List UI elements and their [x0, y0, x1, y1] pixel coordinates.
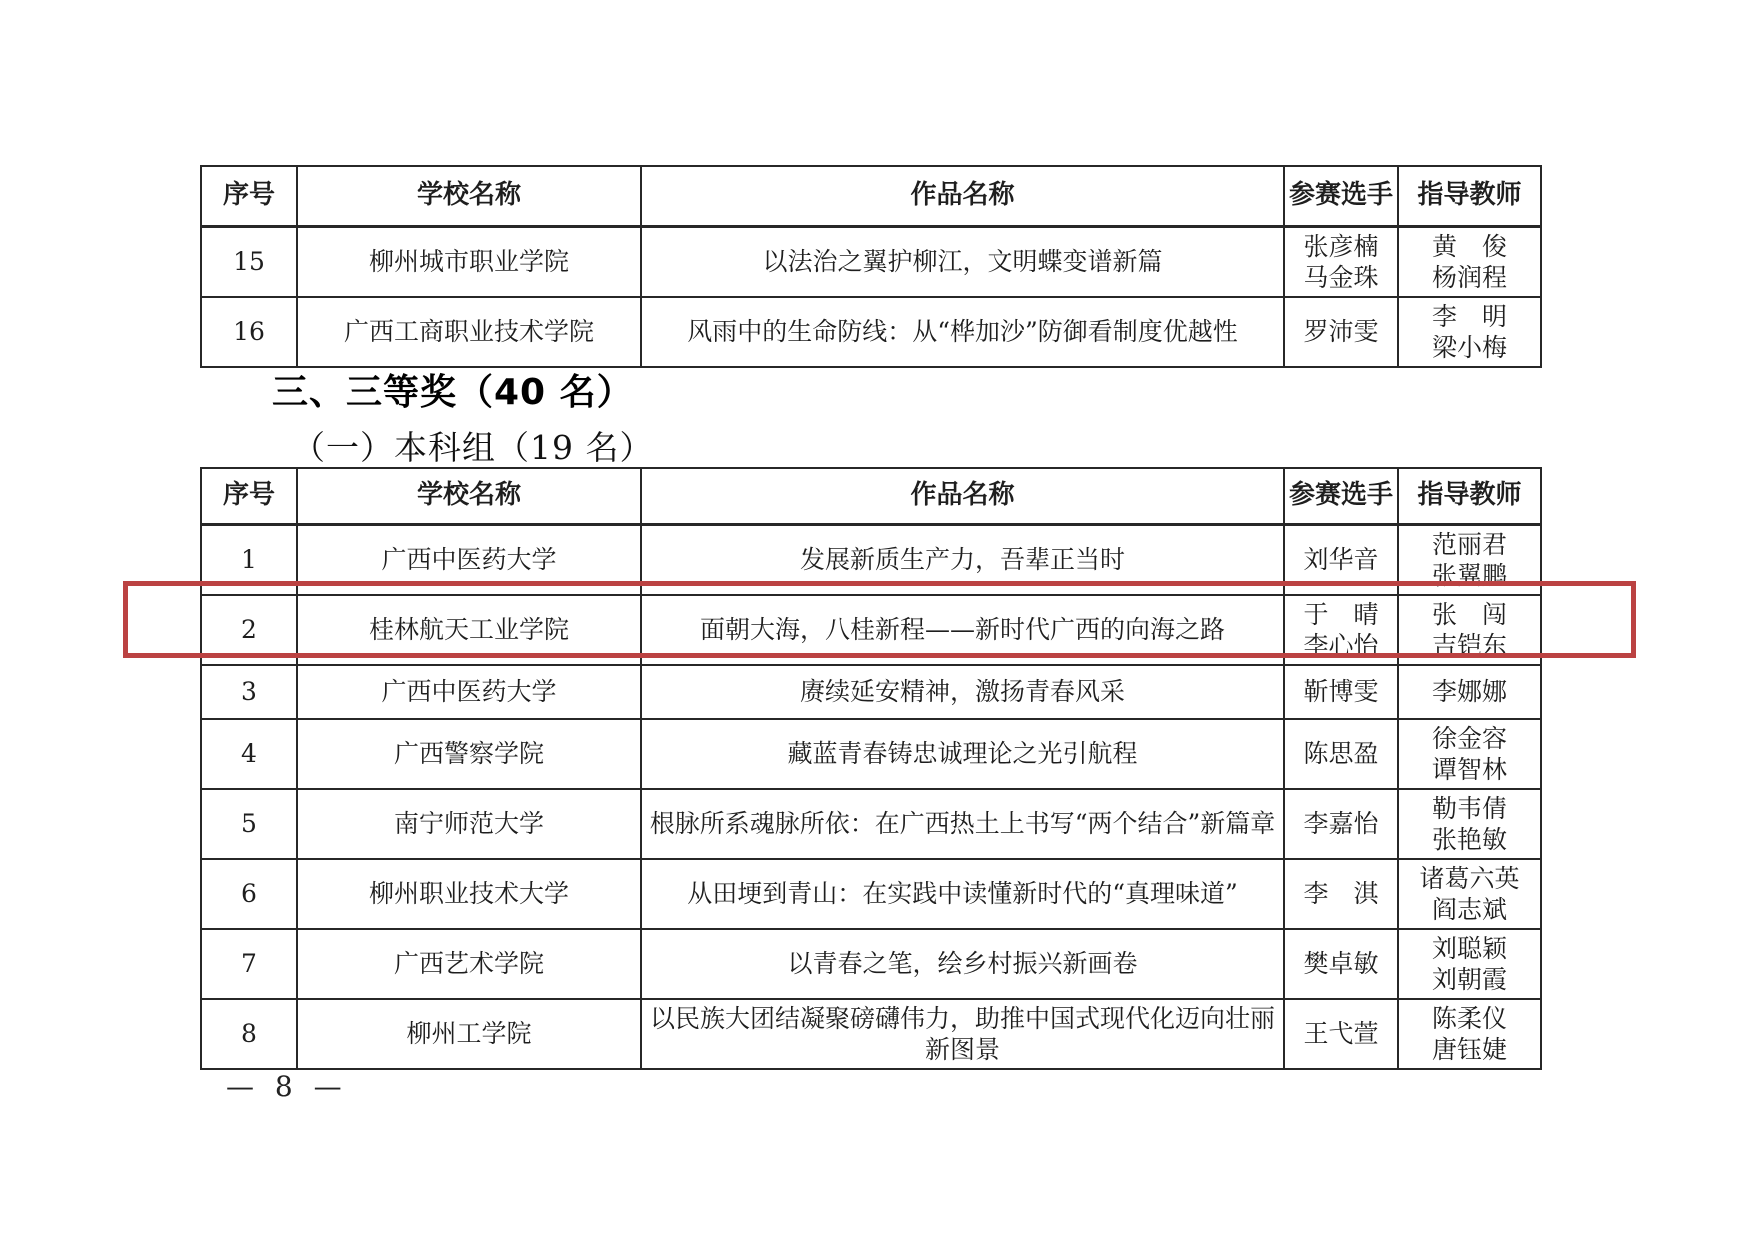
teacher-cell: 黄 俊 杨润程 [1398, 226, 1541, 297]
row-number-cell: 15 [201, 226, 297, 297]
school-name-cell: 广西工商职业技术学院 [297, 297, 641, 367]
header-cell-school: 学校名称 [297, 468, 641, 524]
contestant-cell: 樊卓敏 [1284, 929, 1398, 999]
contestant-name: 王弋萱 [1289, 1018, 1393, 1049]
teacher-name: 刘聪颖 [1403, 933, 1536, 964]
row-number-cell: 3 [201, 665, 297, 719]
header-cell-school: 学校名称 [297, 166, 641, 226]
teacher-cell: 陈柔仪 唐钰婕 [1398, 999, 1541, 1069]
teacher-name: 李娜娜 [1403, 676, 1536, 707]
header-cell-work: 作品名称 [641, 166, 1284, 226]
teacher-cell: 范丽君 张翼鹏 [1398, 524, 1541, 595]
teacher-cell: 勒韦倩 张艳敏 [1398, 789, 1541, 859]
contestant-cell: 靳博雯 [1284, 665, 1398, 719]
work-title-cell: 以民族大团结凝聚磅礴伟力，助推中国式现代化迈向壮丽新图景 [641, 999, 1284, 1069]
work-title-cell: 藏蓝青春铸忠诚理论之光引航程 [641, 719, 1284, 789]
header-cell-no: 序号 [201, 468, 297, 524]
table-row: 15 柳州城市职业学院 以法治之翼护柳江，文明蝶变谱新篇 张彦楠 马金珠 黄 俊… [201, 226, 1541, 297]
table-row: 16 广西工商职业技术学院 风雨中的生命防线：从“桦加沙”防御看制度优越性 罗沛… [201, 297, 1541, 367]
row-number-cell: 8 [201, 999, 297, 1069]
teacher-name: 诸葛六英 [1403, 863, 1536, 894]
contestant-name: 樊卓敏 [1289, 948, 1393, 979]
school-name-cell: 广西中医药大学 [297, 524, 641, 595]
contestant-name: 陈思盈 [1289, 738, 1393, 769]
header-cell-teachers: 指导教师 [1398, 166, 1541, 226]
teacher-name: 吉铠东 [1403, 630, 1536, 661]
school-name-cell: 广西艺术学院 [297, 929, 641, 999]
contestant-name: 李嘉怡 [1289, 808, 1393, 839]
table-row-highlighted: 2 桂林航天工业学院 面朝大海，八桂新程——新时代广西的向海之路 于 晴 李心怡… [201, 595, 1541, 665]
work-title-cell: 从田埂到青山：在实践中读懂新时代的“真理味道” [641, 859, 1284, 929]
teacher-name: 杨润程 [1403, 262, 1536, 293]
teacher-name: 范丽君 [1403, 529, 1536, 560]
table-row: 1 广西中医药大学 发展新质生产力，吾辈正当时 刘华音 范丽君 张翼鹏 [201, 524, 1541, 595]
contestant-name: 马金珠 [1289, 262, 1393, 293]
row-number-cell: 2 [201, 595, 297, 665]
teacher-name: 张 闯 [1403, 599, 1536, 630]
school-name-cell: 柳州职业技术大学 [297, 859, 641, 929]
table-row: 5 南宁师范大学 根脉所系魂脉所依：在广西热土上书写“两个结合”新篇章 李嘉怡 … [201, 789, 1541, 859]
row-number-cell: 4 [201, 719, 297, 789]
school-name-cell: 桂林航天工业学院 [297, 595, 641, 665]
sub-section-heading: （一）本科组（19 名） [292, 422, 653, 469]
contestant-cell: 李嘉怡 [1284, 789, 1398, 859]
work-title-cell: 以青春之笔，绘乡村振兴新画卷 [641, 929, 1284, 999]
contestant-cell: 陈思盈 [1284, 719, 1398, 789]
teacher-name: 黄 俊 [1403, 231, 1536, 262]
document-page: 序号 学校名称 作品名称 参赛选手 指导教师 15 柳州城市职业学院 以法治之翼… [0, 0, 1754, 1241]
teacher-name: 谭智林 [1403, 754, 1536, 785]
teacher-cell: 诸葛六英 阎志斌 [1398, 859, 1541, 929]
header-cell-teachers: 指导教师 [1398, 468, 1541, 524]
table-row: 7 广西艺术学院 以青春之笔，绘乡村振兴新画卷 樊卓敏 刘聪颖 刘朝霞 [201, 929, 1541, 999]
work-title-cell: 根脉所系魂脉所依：在广西热土上书写“两个结合”新篇章 [641, 789, 1284, 859]
teacher-name: 勒韦倩 [1403, 793, 1536, 824]
work-title-cell: 以法治之翼护柳江，文明蝶变谱新篇 [641, 226, 1284, 297]
work-title-cell: 赓续延安精神，激扬青春风采 [641, 665, 1284, 719]
header-cell-players: 参赛选手 [1284, 468, 1398, 524]
teacher-name: 张翼鹏 [1403, 560, 1536, 591]
contestant-cell: 张彦楠 马金珠 [1284, 226, 1398, 297]
header-cell-no: 序号 [201, 166, 297, 226]
teacher-name: 徐金容 [1403, 723, 1536, 754]
header-cell-work: 作品名称 [641, 468, 1284, 524]
teacher-name: 唐钰婕 [1403, 1034, 1536, 1065]
school-name-cell: 柳州城市职业学院 [297, 226, 641, 297]
table-row: 8 柳州工学院 以民族大团结凝聚磅礴伟力，助推中国式现代化迈向壮丽新图景 王弋萱… [201, 999, 1541, 1069]
award-table-upper: 序号 学校名称 作品名称 参赛选手 指导教师 15 柳州城市职业学院 以法治之翼… [200, 165, 1542, 368]
row-number-cell: 16 [201, 297, 297, 367]
work-title-cell: 发展新质生产力，吾辈正当时 [641, 524, 1284, 595]
section-heading: 三、三等奖（40 名） [272, 364, 634, 415]
teacher-cell: 李娜娜 [1398, 665, 1541, 719]
table-header-row: 序号 学校名称 作品名称 参赛选手 指导教师 [201, 468, 1541, 524]
school-name-cell: 广西警察学院 [297, 719, 641, 789]
contestant-name: 靳博雯 [1289, 676, 1393, 707]
contestant-cell: 王弋萱 [1284, 999, 1398, 1069]
school-name-cell: 广西中医药大学 [297, 665, 641, 719]
table-row: 3 广西中医药大学 赓续延安精神，激扬青春风采 靳博雯 李娜娜 [201, 665, 1541, 719]
header-cell-players: 参赛选手 [1284, 166, 1398, 226]
row-number-cell: 5 [201, 789, 297, 859]
row-number-cell: 6 [201, 859, 297, 929]
award-table-lower: 序号 学校名称 作品名称 参赛选手 指导教师 1 广西中医药大学 发展新质生产力… [200, 467, 1542, 1070]
table-row: 6 柳州职业技术大学 从田埂到青山：在实践中读懂新时代的“真理味道” 李 淇 诸… [201, 859, 1541, 929]
teacher-cell: 张 闯 吉铠东 [1398, 595, 1541, 665]
contestant-name: 刘华音 [1289, 544, 1393, 575]
work-title-cell: 面朝大海，八桂新程——新时代广西的向海之路 [641, 595, 1284, 665]
row-number-cell: 1 [201, 524, 297, 595]
contestant-name: 罗沛雯 [1289, 316, 1393, 347]
teacher-cell: 李 明 梁小梅 [1398, 297, 1541, 367]
contestant-cell: 罗沛雯 [1284, 297, 1398, 367]
teacher-cell: 刘聪颖 刘朝霞 [1398, 929, 1541, 999]
contestant-cell: 李 淇 [1284, 859, 1398, 929]
teacher-name: 陈柔仪 [1403, 1003, 1536, 1034]
teacher-name: 张艳敏 [1403, 824, 1536, 855]
contestant-name: 李 淇 [1289, 878, 1393, 909]
teacher-name: 刘朝霞 [1403, 964, 1536, 995]
contestant-name: 于 晴 [1289, 599, 1393, 630]
work-title-cell: 风雨中的生命防线：从“桦加沙”防御看制度优越性 [641, 297, 1284, 367]
contestant-name: 李心怡 [1289, 630, 1393, 661]
contestant-cell: 于 晴 李心怡 [1284, 595, 1398, 665]
school-name-cell: 南宁师范大学 [297, 789, 641, 859]
teacher-name: 阎志斌 [1403, 894, 1536, 925]
page-number: — 8 — [226, 1070, 348, 1103]
table-row: 4 广西警察学院 藏蓝青春铸忠诚理论之光引航程 陈思盈 徐金容 谭智林 [201, 719, 1541, 789]
table-header-row: 序号 学校名称 作品名称 参赛选手 指导教师 [201, 166, 1541, 226]
teacher-name: 梁小梅 [1403, 332, 1536, 363]
school-name-cell: 柳州工学院 [297, 999, 641, 1069]
teacher-cell: 徐金容 谭智林 [1398, 719, 1541, 789]
contestant-name: 张彦楠 [1289, 231, 1393, 262]
contestant-cell: 刘华音 [1284, 524, 1398, 595]
row-number-cell: 7 [201, 929, 297, 999]
teacher-name: 李 明 [1403, 301, 1536, 332]
